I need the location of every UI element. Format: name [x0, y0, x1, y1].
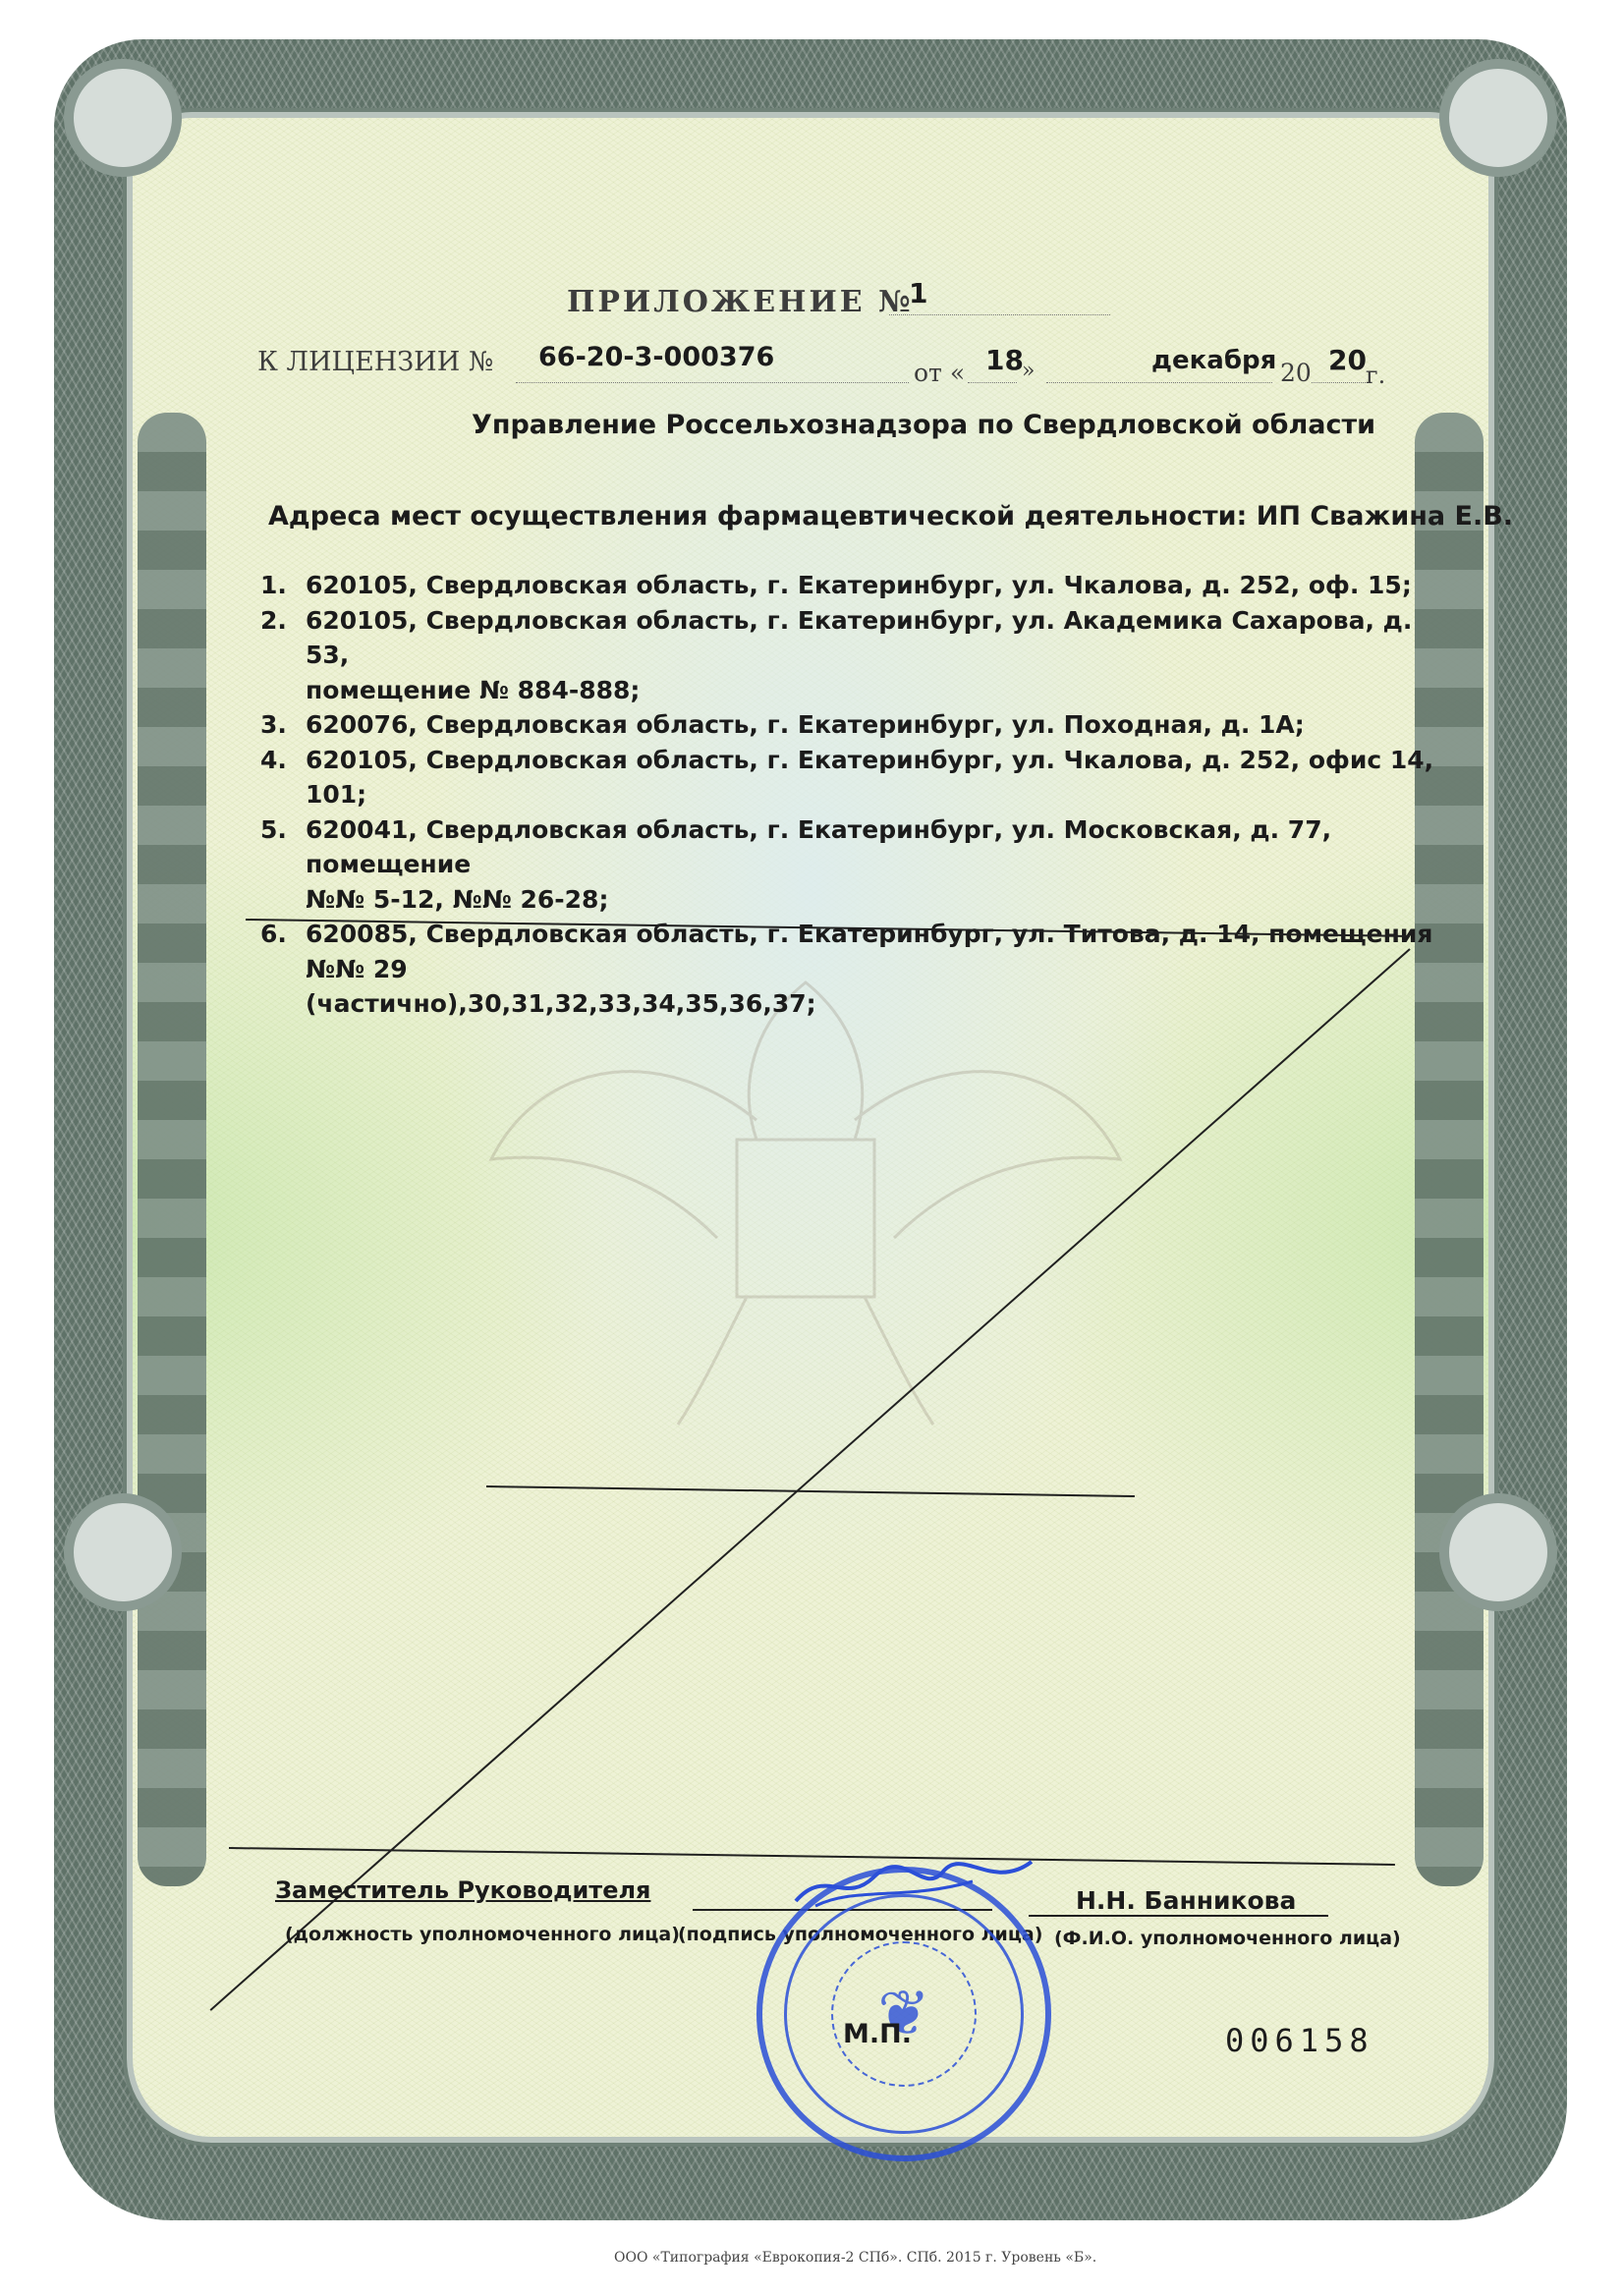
license-label: К ЛИЦЕНЗИИ №	[257, 347, 493, 377]
list-item-text: 620105, Свердловская область, г. Екатери…	[306, 603, 1439, 708]
date-year-unit: г.	[1366, 362, 1385, 389]
list-item: 2. 620105, Свердловская область, г. Екат…	[260, 603, 1439, 708]
address-list: 1. 620105, Свердловская область, г. Екат…	[260, 568, 1439, 1022]
license-number-underline	[516, 382, 909, 383]
list-item-number: 2.	[260, 603, 306, 708]
addresses-title: Адреса мест осуществления фармацевтическ…	[268, 501, 1513, 532]
official-name: Н.Н. Банникова	[1076, 1886, 1296, 1915]
date-day-underline	[968, 382, 1017, 383]
printer-footer: ООО «Типография «Еврокопия-2 СПб». СПб. …	[614, 2250, 1096, 2266]
list-item-number: 3.	[260, 707, 306, 743]
date-from-label: от «	[914, 359, 965, 387]
corner-ornament-icon	[64, 59, 182, 177]
list-item-number: 5.	[260, 812, 306, 918]
date-day: 18	[985, 344, 1024, 376]
appendix-number: 1	[909, 277, 927, 309]
list-item-text: 620105, Свердловская область, г. Екатери…	[306, 568, 1439, 603]
left-ornament	[138, 413, 206, 1886]
issuing-authority: Управление Россельхознадзора по Свердлов…	[472, 410, 1375, 440]
side-rosette-icon	[1439, 1493, 1557, 1611]
date-year-underline	[1312, 382, 1366, 383]
list-item-number: 4.	[260, 743, 306, 812]
list-item: 1. 620105, Свердловская область, г. Екат…	[260, 568, 1439, 603]
position-value: Заместитель Руководителя	[275, 1876, 650, 1904]
position-caption: (должность уполномоченного лица)	[285, 1924, 680, 1945]
list-item-text: 620076, Свердловская область, г. Екатери…	[306, 707, 1439, 743]
list-item-text: 620041, Свердловская область, г. Екатери…	[306, 812, 1439, 918]
side-rosette-icon	[64, 1493, 182, 1611]
date-day-close: »	[1022, 359, 1035, 383]
date-month: декабря	[1151, 346, 1276, 375]
name-caption: (Ф.И.О. уполномоченного лица)	[1054, 1928, 1401, 1949]
list-item: 5. 620041, Свердловская область, г. Екат…	[260, 812, 1439, 918]
seal-placeholder-label: М.П.	[843, 2019, 912, 2049]
list-item: 3. 620076, Свердловская область, г. Екат…	[260, 707, 1439, 743]
handwritten-signature-icon	[786, 1857, 1041, 1916]
corner-ornament-icon	[1439, 59, 1557, 177]
name-underline	[1029, 1915, 1328, 1917]
date-year: 20	[1328, 344, 1367, 376]
date-month-underline	[1046, 382, 1272, 383]
date-year-prefix: 20	[1280, 359, 1312, 387]
appendix-number-underline	[889, 314, 1110, 315]
form-serial-number: 006158	[1225, 2022, 1374, 2059]
list-item-number: 1.	[260, 568, 306, 603]
list-item-number: 6.	[260, 917, 306, 1022]
appendix-title: ПРИЛОЖЕНИЕ №	[567, 285, 914, 319]
list-item-text: 620105, Свердловская область, г. Екатери…	[306, 743, 1439, 812]
list-item: 4. 620105, Свердловская область, г. Екат…	[260, 743, 1439, 812]
license-number: 66-20-3-000376	[538, 342, 774, 372]
